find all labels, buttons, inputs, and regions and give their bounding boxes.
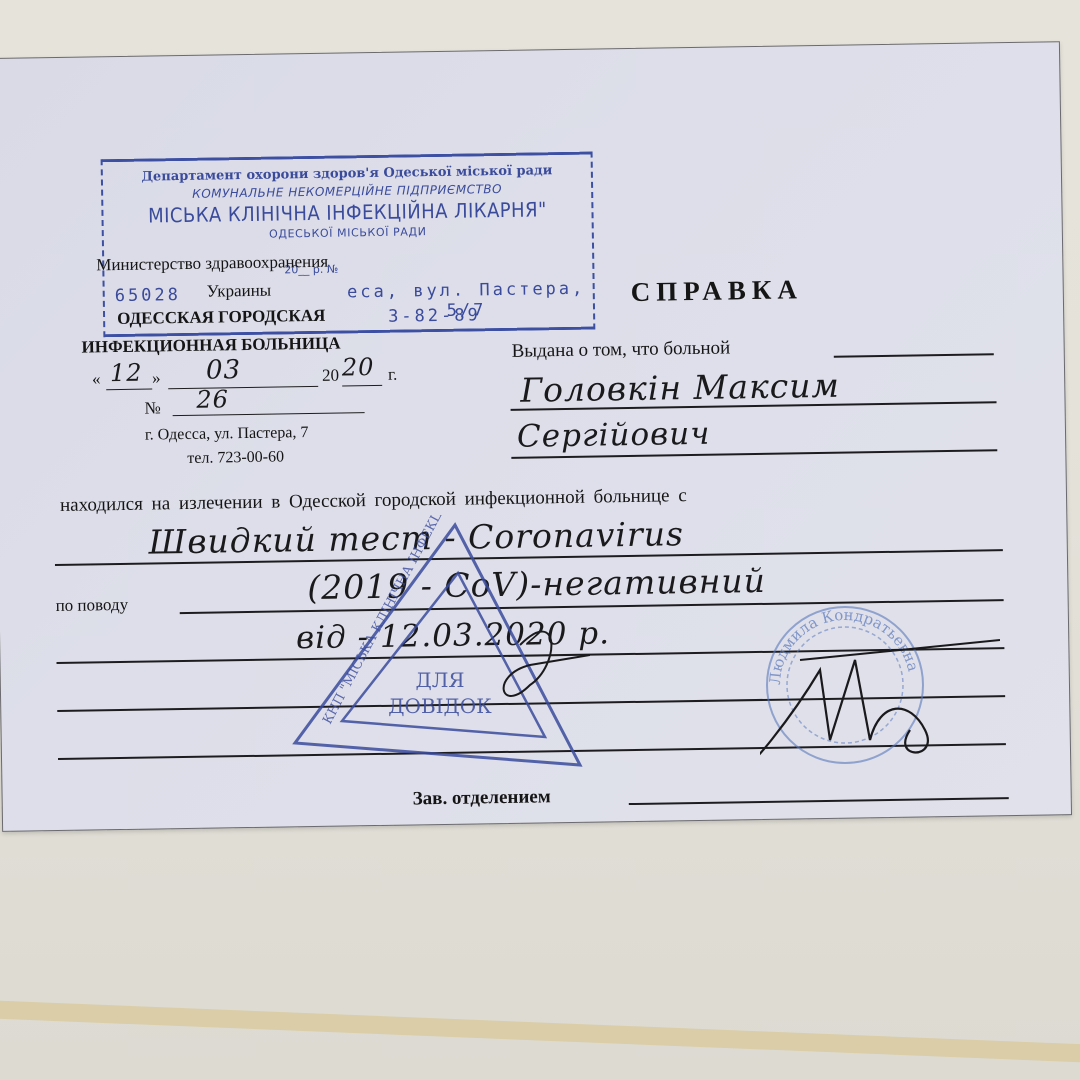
- date-year-underline: [342, 385, 382, 387]
- issued-underline: [834, 353, 994, 358]
- date-year-suffix: 20: [342, 353, 375, 382]
- date-day: 12: [110, 359, 143, 388]
- round-stamp: Людмила Кондратьевна: [760, 600, 1000, 780]
- patient-name-line-1: Головкін Максим: [520, 366, 840, 410]
- hospital-name-line-1: ОДЕССКАЯ ГОРОДСКАЯ: [117, 306, 326, 329]
- signature-icon: [760, 660, 928, 763]
- signature-line: [629, 797, 1009, 805]
- stamp-postcode: 65028: [115, 285, 181, 306]
- date-year-prefix: 20: [322, 366, 339, 386]
- date-day-underline: [106, 388, 152, 390]
- triangle-stamp: ДЛЯ ДОВІДОК КНП "МІСЬКА КЛІНІЧНА ІНФЕКЦІ…: [290, 515, 590, 775]
- patient-name-line-2: Сергійович: [517, 416, 711, 455]
- hospital-address: г. Одесса, ул. Пастера, 7: [145, 424, 309, 445]
- triangle-center-line-1: ДЛЯ: [415, 668, 464, 692]
- document-title: СПРАВКА: [631, 274, 804, 308]
- triangle-center-line-2: ДОВІДОК: [388, 694, 492, 718]
- issued-label: Выдана о том, что больной: [512, 337, 731, 362]
- date-month-underline: [168, 386, 318, 389]
- hospital-name-line-2: ИНФЕКЦИОННАЯ БОЛЬНИЦА: [81, 334, 340, 358]
- number-value: 26: [196, 385, 229, 414]
- year-suffix-label: г.: [388, 365, 398, 385]
- head-of-department-label: Зав. отделением: [413, 786, 551, 810]
- date-open-quote: «: [92, 369, 101, 389]
- tape-strip: [0, 1000, 1080, 1064]
- country-label: Украины: [207, 281, 272, 302]
- treated-label: находился на излечении в Одесской городс…: [60, 485, 687, 517]
- date-month: 03: [206, 355, 242, 386]
- stamp-phone: 3-82-89: [388, 305, 481, 326]
- hospital-phone: тел. 723-00-60: [187, 448, 284, 468]
- number-label: №: [144, 398, 161, 418]
- round-stamp-text: Людмила Кондратьевна: [766, 606, 923, 686]
- date-close-quote: »: [152, 368, 161, 388]
- reason-label: по поводу: [55, 595, 128, 616]
- ministry-label: Министерство здравоохранения: [96, 252, 328, 276]
